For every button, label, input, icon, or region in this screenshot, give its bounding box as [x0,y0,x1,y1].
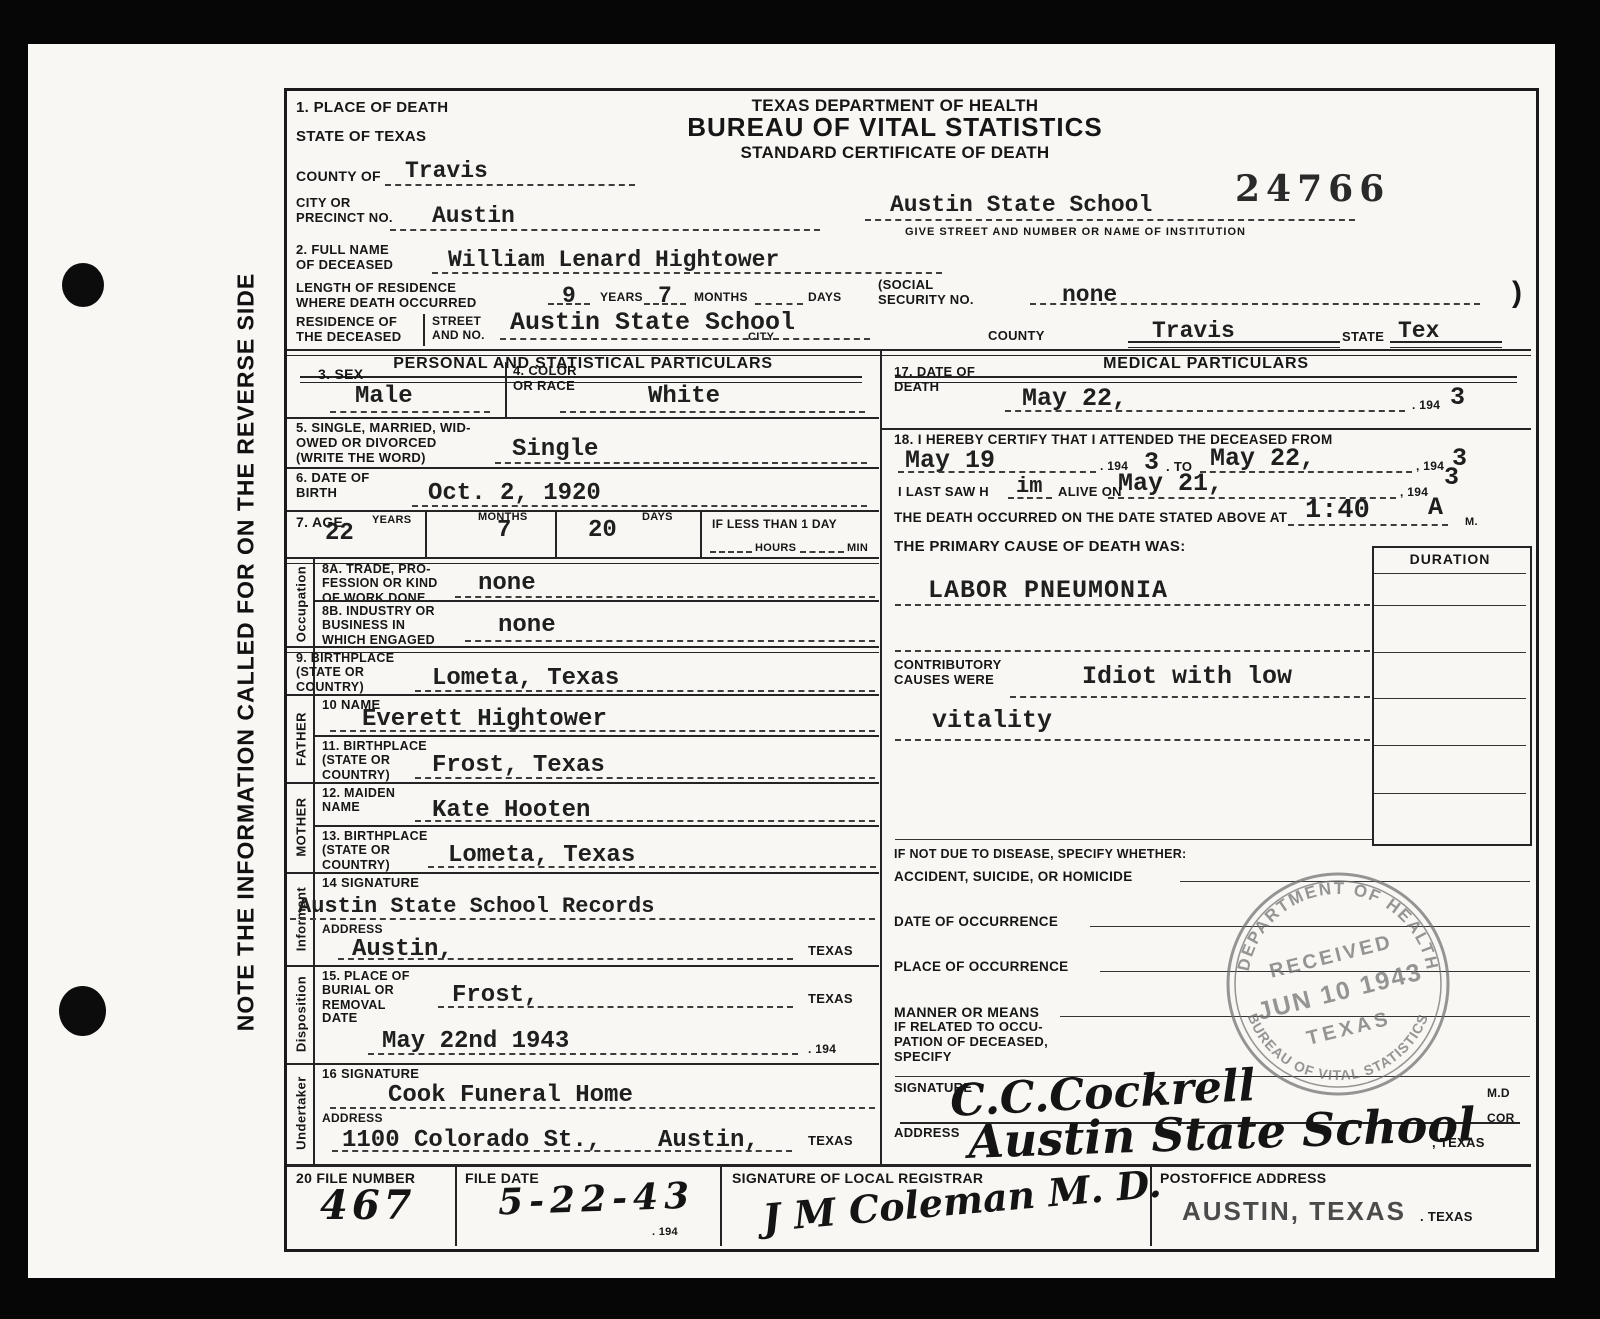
rule [500,338,870,340]
rule [1200,471,1412,473]
certificate-number: 24766 [1235,168,1390,210]
rule [415,777,875,779]
rule [720,1164,722,1246]
personal-section-title: PERSONAL AND STATISTICAL PARTICULARS [287,355,879,373]
rule [287,872,879,874]
file-date-value: 5-22-43 [497,1175,695,1224]
rule [390,229,820,231]
rule [313,735,879,737]
days-label: DAYS [808,291,841,305]
residence-county-label: COUNTY [988,329,1045,344]
occupation-side-label: Occupation [294,566,309,643]
rule [425,512,427,558]
rule [898,471,1096,473]
margin-note: NOTE THE INFORMATION CALLED FOR ON THE R… [233,273,260,1032]
rule [423,314,425,346]
rule [1128,341,1340,348]
rule [415,820,875,822]
time-of-death-value: 1:40 [1305,496,1370,526]
last-saw-year-prefix: , 194 [1400,486,1428,500]
rule [412,505,867,507]
age-days-label: DAYS [642,511,673,524]
rule [438,1006,793,1008]
age-years-value: 22 [325,520,354,547]
last-saw-label-1: I LAST SAW H [898,485,989,500]
death-occurred-label: THE DEATH OCCURRED ON THE DATE STATED AB… [894,510,1287,526]
date-of-occurrence-label: DATE OF OCCURRENCE [894,914,1058,930]
contributory-label: CONTRIBUTORY CAUSES WERE [894,658,1002,688]
race-value: White [648,383,720,410]
rule [548,303,590,305]
rule [1374,698,1526,699]
street-and-no-label: STREET AND NO. [432,315,485,343]
residence-months-value: 7 [658,283,672,309]
primary-cause-label: THE PRIMARY CAUSE OF DEATH WAS: [894,538,1186,555]
rule [1005,410,1405,412]
rule [330,1107,875,1109]
accident-suicide-label: ACCIDENT, SUICIDE, OR HOMICIDE [894,869,1133,885]
rule [287,417,879,419]
rule [287,965,879,967]
full-name-value: William Lenard Hightower [448,247,779,273]
related-occupation-label: IF RELATED TO OCCU- PATION OF DECEASED, … [894,1020,1048,1065]
informant-signature-value: Austin State School Records [298,894,654,919]
undertaker-signature-value: Cook Funeral Home [388,1082,633,1109]
attended-to-value: May 22, [1210,444,1315,473]
contributory-value-1: Idiot with low [1082,662,1292,691]
rule [1374,605,1526,606]
postoffice-address-value: AUSTIN, TEXAS [1182,1196,1406,1227]
punch-hole-bottom [59,986,106,1036]
burial-place-value: Frost, [452,982,538,1009]
rule [385,184,635,186]
rule [300,376,862,383]
rule [700,512,702,558]
duration-label: DURATION [1374,551,1526,567]
hours-label: HOURS [755,542,796,555]
rule [330,730,875,732]
residence-years-value: 9 [562,283,576,309]
dob-value: Oct. 2, 1920 [428,480,601,507]
disposition-side-label: Disposition [294,976,309,1052]
min-label: MIN [847,542,868,555]
undertaker-address-state: TEXAS [808,1134,853,1149]
rule [287,467,879,469]
marital-label: 5. SINGLE, MARRIED, WID- OWED OR DIVORCE… [296,421,471,466]
burial-place-label: 15. PLACE OF BURIAL OR REMOVAL [322,969,410,1012]
rule [287,694,879,696]
rule [880,349,882,1165]
rule [710,551,752,553]
rule [290,918,875,920]
undertaker-signature-label: 16 SIGNATURE [322,1067,419,1082]
informant-signature-label: 14 SIGNATURE [322,876,419,891]
residence-of-label: RESIDENCE OF THE DECEASED [296,315,401,345]
physician-address-state: , TEXAS [1432,1136,1485,1151]
maiden-name-label: 12. MAIDEN NAME [322,786,395,815]
rule [865,219,1355,221]
rule [895,650,1370,652]
years-label: YEARS [600,291,643,305]
place-of-death-label: 1. PLACE OF DEATH [296,99,448,116]
county-of-value: Travis [405,158,488,184]
date-of-death-year-digit: 3 [1450,383,1465,412]
length-residence-label: LENGTH OF RESIDENCE WHERE DEATH OCCURRED [296,281,477,311]
rule [287,782,879,784]
months-label: MONTHS [694,291,748,305]
rule [455,1164,457,1246]
father-birthplace-label: 11. BIRTHPLACE (STATE OR COUNTRY) [322,739,427,782]
mother-side-label: MOTHER [294,797,309,856]
rule [560,411,865,413]
father-name-value: Everett Hightower [362,706,607,733]
last-saw-value: May 21, [1118,469,1223,498]
less-than-day-label: IF LESS THAN 1 DAY [712,518,837,532]
rule [1374,652,1526,653]
rule [1390,341,1502,348]
rule [1030,303,1480,305]
rule [330,411,490,413]
trade-label: 8A. TRADE, PRO- FESSION OR KIND OF WORK … [322,562,438,605]
date-of-death-year-prefix: . 194 [1412,399,1440,413]
date-of-death-label: 17. DATE OF DEATH [894,365,975,395]
rule [338,958,793,960]
rule [465,640,875,642]
rule [287,510,879,512]
m-label: M. [1465,516,1478,529]
father-side-label: FATHER [294,712,309,766]
burial-date-suffix: . 194 [808,1043,836,1057]
rule [505,362,507,417]
rule [1374,793,1526,794]
undertaker-side-label: Undertaker [294,1076,309,1150]
rule [755,303,803,305]
cor-label: COR [1487,1112,1515,1126]
father-birthplace-value: Frost, Texas [432,752,605,779]
industry-label: 8B. INDUSTRY OR BUSINESS IN WHICH ENGAGE… [322,604,435,647]
rule [313,600,879,602]
age-days-value: 20 [588,517,617,544]
institution-value: Austin State School [890,192,1152,218]
md-label: M.D [1487,1087,1510,1101]
mother-birthplace-label: 13. BIRTHPLACE (STATE OR COUNTRY) [322,829,428,872]
contributory-value-2: vitality [932,706,1052,735]
punch-hole-top [62,263,104,307]
certificate-title: STANDARD CERTIFICATE OF DEATH [655,143,1135,163]
rule [895,839,1372,840]
postoffice-address-suffix: . TEXAS [1420,1210,1473,1225]
birthplace-value: Lometa, Texas [432,665,619,692]
attended-to-year-prefix: , 194 [1416,460,1444,474]
last-saw-infix: im [1016,474,1042,499]
city-precinct-value: Austin [432,203,515,229]
duration-box [1372,546,1532,846]
trade-value: none [478,570,536,597]
postoffice-address-label: POSTOFFICE ADDRESS [1160,1170,1326,1186]
informant-address-label: ADDRESS [322,923,383,937]
burial-date-label: DATE [322,1011,358,1026]
burial-date-value: May 22nd 1943 [382,1028,569,1055]
rule [332,1150,792,1152]
rule [895,739,1370,741]
death-certificate-scan: NOTE THE INFORMATION CALLED FOR ON THE R… [0,0,1600,1319]
rule [644,303,686,305]
rule [287,1164,1531,1167]
ampm-value: A [1428,493,1443,522]
rule [1288,524,1448,526]
rule [555,512,557,558]
received-stamp: DEPARTMENT OF HEALTH BUREAU OF VITAL STA… [1222,868,1454,1100]
county-of-label: COUNTY OF [296,168,381,184]
mother-birthplace-value: Lometa, Texas [448,842,635,869]
age-months-value: 7 [497,517,511,544]
rule [895,604,1370,606]
ssn-paren-close: ) [1512,276,1522,311]
date-of-death-value: May 22, [1022,384,1127,413]
sex-label: 3. SEX [318,366,363,382]
medical-section-title: MEDICAL PARTICULARS [882,355,1530,373]
informant-address-state: TEXAS [808,944,853,959]
last-saw-year-digit: 3 [1444,463,1459,492]
dob-label: 6. DATE OF BIRTH [296,471,370,501]
file-date-suffix: . 194 [652,1226,678,1239]
industry-value: none [498,612,556,639]
place-of-occurrence-label: PLACE OF OCCURRENCE [894,959,1068,975]
age-years-label: YEARS [372,514,411,527]
if-not-disease-label: IF NOT DUE TO DISEASE, SPECIFY WHETHER: [894,847,1187,861]
rule [1008,497,1052,499]
rule [415,690,875,692]
rule [432,272,942,274]
stamp-state-text: TEXAS [1304,1007,1393,1049]
manner-or-means-label: MANNER OR MEANS [894,1004,1039,1020]
institution-hint: GIVE STREET AND NUMBER OR NAME OF INSTIT… [905,226,1246,239]
rule [455,596,875,598]
primary-cause-value: LABOR PNEUMONIA [928,576,1168,605]
rule [428,866,876,868]
sex-value: Male [355,383,413,410]
undertaker-address-label: ADDRESS [322,1112,383,1126]
file-number-value: 467 [320,1182,416,1229]
city-precinct-label: CITY OR PRECINCT NO. [296,196,393,226]
full-name-label: 2. FULL NAME OF DECEASED [296,243,393,273]
birthplace-label: 9. BIRTHPLACE (STATE OR COUNTRY) [296,651,394,694]
rule [800,551,844,553]
rule [368,1053,798,1055]
bureau-title: BUREAU OF VITAL STATISTICS [655,113,1135,143]
physician-address-label: ADDRESS [894,1126,960,1141]
rule [313,825,879,827]
rule [1374,573,1526,574]
rule [1010,696,1370,698]
ssn-label: (SOCIAL SECURITY NO. [878,278,974,308]
marital-value: Single [512,436,598,463]
rule [287,1063,879,1065]
rule [882,428,1531,430]
burial-place-state: TEXAS [808,992,853,1007]
rule [895,376,1517,383]
rule [495,462,867,464]
residence-state-label: STATE [1342,330,1384,345]
state-of-texas-label: STATE OF TEXAS [296,128,426,145]
race-label: 4. COLOR OR RACE [513,364,577,394]
rule [1374,745,1526,746]
